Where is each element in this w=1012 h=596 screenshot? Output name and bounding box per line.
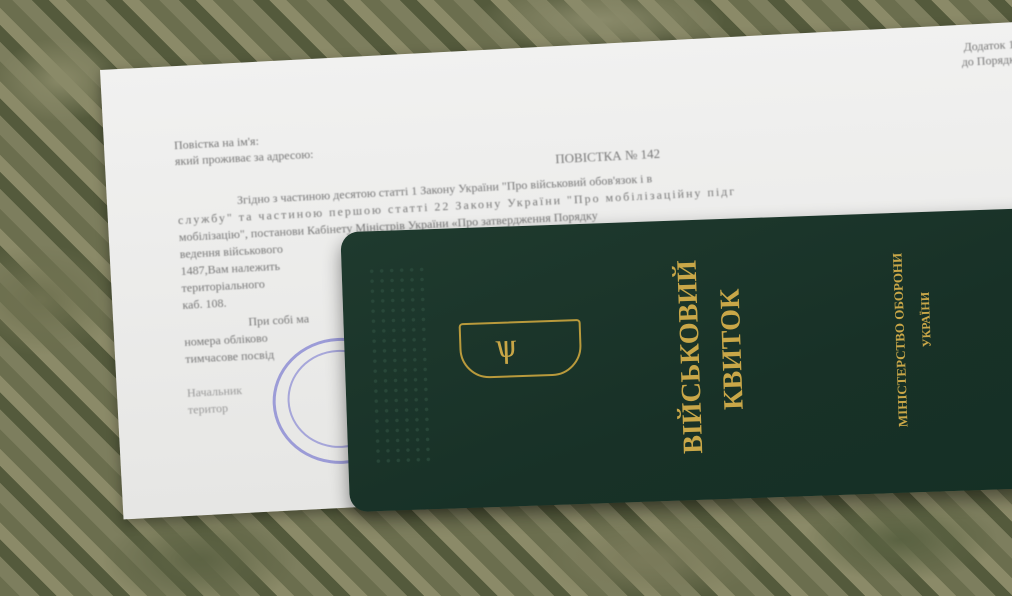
body-line: При собі ма	[248, 311, 309, 329]
summons-title: ПОВІСТКА № 142	[555, 146, 661, 167]
corner-text-2: до Порядку	[961, 52, 1012, 70]
embossed-dots	[367, 264, 434, 466]
body-line: номера обліково	[184, 331, 268, 350]
booklet-issuer-line1: МІНІСТЕРСТВО ОБОРОНИ	[889, 253, 911, 428]
booklet-title-line1: ВІЙСЬКОВИЙ	[672, 260, 711, 455]
booklet-title-line2: КВИТОК	[715, 288, 751, 410]
body-line: територіального	[181, 277, 265, 296]
body-line: 1487,Вам належить	[180, 259, 280, 279]
body-line: Начальник	[187, 383, 243, 401]
body-line: територ	[188, 401, 229, 418]
body-line: тимчасове посвід	[185, 347, 275, 367]
military-id-booklet: ѱ ВІЙСЬКОВИЙ КВИТОК МІНІСТЕРСТВО ОБОРОНИ…	[340, 208, 1012, 512]
trident-emblem-icon: ѱ	[459, 319, 583, 379]
body-line: каб. 108.	[182, 296, 227, 313]
booklet-issuer-line2: УКРАЇНИ	[918, 292, 935, 348]
